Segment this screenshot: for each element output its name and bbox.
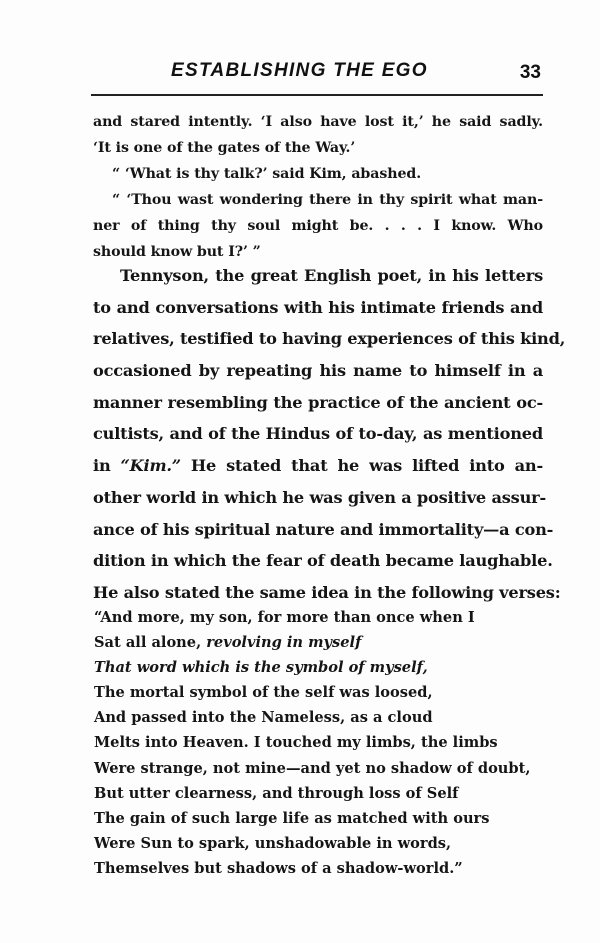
text-line: and stared intently. ‘I also have lost i… [93,109,543,135]
text-line: relatives, testified to having experienc… [93,323,543,355]
verse-line: “And more, my son, for more than once wh… [94,605,544,630]
text: He stated that he was lifted into an- [181,456,543,475]
text-line: “ ‘Thou wast wondering there in thy spir… [93,187,543,213]
text-line: manner resembling the practice of the an… [93,387,543,419]
page-header: ESTABLISHING THE EGO 33 [91,58,541,98]
text-line: occasioned by repeating his name to hims… [93,355,543,387]
text-line-kim: in “Kim.” He stated that he was lifted i… [93,450,543,482]
text-line: cultists, and of the Hindus of to-day, a… [93,418,543,450]
text-line: He also stated the same idea in the foll… [93,577,543,609]
italic-text: revolving in myself [206,634,361,651]
verse-line: Melts into Heaven. I touched my limbs, t… [94,730,544,755]
tennyson-paragraph: Tennyson, the great English poet, in his… [93,260,543,609]
text-line: ner of thing thy soul might be. . . . I … [93,213,543,239]
text-line: Tennyson, the great English poet, in his… [93,260,543,292]
verse-line: Were strange, not mine—and yet no shadow… [94,756,544,781]
verse-line: The gain of such large life as matched w… [94,806,544,831]
verse-line: The mortal symbol of the self was loosed… [94,680,544,705]
running-title: ESTABLISHING THE EGO [171,60,428,82]
verse-line: But utter clearness, and through loss of… [94,781,544,806]
text-line: dition in which the fear of death became… [93,545,543,577]
verse-line: And passed into the Nameless, as a cloud [94,705,544,730]
text: Sat all alone, [94,634,206,651]
text-line: other world in which he was given a posi… [93,482,543,514]
text-line: ‘It is one of the gates of the Way.’ [93,135,543,161]
text-line: ance of his spiritual nature and immorta… [93,514,543,546]
verse-block: “And more, my son, for more than once wh… [94,605,544,881]
text-line: “ ‘What is thy talk?’ said Kim, abashed. [93,161,543,187]
header-rule [91,94,543,96]
page-number: 33 [520,62,541,84]
verse-line: Sat all alone, revolving in myself [94,630,544,655]
text-line: to and conversations with his intimate f… [93,292,543,324]
text: in [93,456,121,475]
verse-line: Were Sun to spark, unshadowable in words… [94,831,544,856]
dialogue-block: and stared intently. ‘I also have lost i… [93,109,543,265]
verse-line: That word which is the symbol of myself, [94,655,544,680]
kim-title: “Kim.” [121,456,181,475]
verse-line: Themselves but shadows of a shadow-world… [94,856,544,881]
